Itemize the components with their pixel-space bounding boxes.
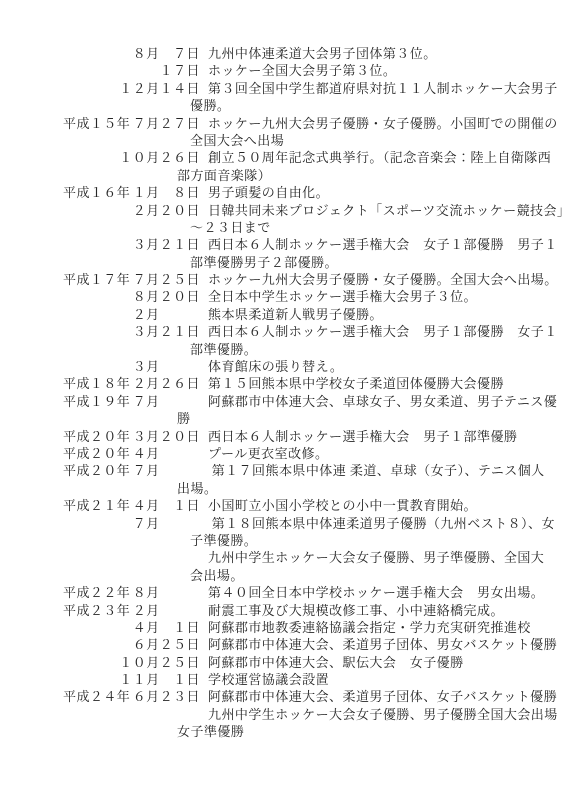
era-year-label: 平成２１年: [63, 497, 130, 514]
month-day-label: ７月２５日: [133, 271, 200, 288]
event-description: 阿蘇郡市中体連大会、卓球女子、男女柔道、男子テニス優: [200, 393, 565, 410]
month-day-label: ２月２０日: [133, 202, 200, 219]
event-description: 第１５回熊本県中学校女子柔道団体優勝大会優勝: [200, 375, 565, 392]
timeline-row: 平成１５年７月２７日ホッケー九州大会男子優勝・女子優勝。小国町での開催の: [0, 115, 565, 132]
era-date-cell: ８月 ７日: [63, 45, 200, 62]
event-description: 全日本中学生ホッケー選手権大会男子３位。: [200, 288, 565, 305]
month-day-label: ６月２３日: [133, 688, 200, 705]
era-date-cell: １１月 １日: [63, 671, 200, 688]
timeline-row: 平成２０年７月 第１７回熊本県中体連 柔道、卓球（女子）、テニス個人: [0, 462, 565, 479]
timeline-row: 平成１８年２月２６日第１５回熊本県中学校女子柔道団体優勝大会優勝: [0, 375, 565, 392]
era-date-cell: １７日: [63, 62, 200, 79]
wrapped-line-text: 女子準優勝: [177, 723, 244, 740]
era-date-cell: 平成２３年２月: [63, 602, 200, 619]
timeline-row: 平成２０年３月２０日西日本６人制ホッケー選手権大会 男子１部準優勝: [0, 428, 565, 445]
timeline-row: １０月２６日創立５０周年記念式典挙行。（記念音楽会：陸上自衛隊西: [0, 149, 565, 166]
timeline-row: ７月 第１８回熊本県中体連柔道男子優勝（九州ベスト８）、女: [0, 515, 565, 532]
era-date-cell: ２月: [63, 306, 200, 323]
month-day-label: ３月: [133, 358, 200, 375]
era-date-cell: ２月２０日: [63, 202, 200, 219]
month-day-label: ４月 １日: [133, 497, 200, 514]
month-day-label: ８月 ７日: [133, 45, 200, 62]
chronology-document: ８月 ７日九州中体連柔道大会男子団体第３位。１７日ホッケー全国大会男子第３位。１…: [0, 0, 565, 741]
event-description: 耐震工事及び大規模改修工事、小中連絡橋完成。: [200, 602, 565, 619]
event-description: 体育館床の張り替え。: [200, 358, 565, 375]
month-day-label: １２月１４日: [119, 80, 200, 97]
month-day-label: ７月: [133, 515, 200, 532]
event-description: 九州中学生ホッケー大会女子優勝、男子準優勝、全国大: [200, 549, 565, 566]
document-page: ８月 ７日九州中体連柔道大会男子団体第３位。１７日ホッケー全国大会男子第３位。１…: [0, 0, 565, 800]
month-day-label: ７月２７日: [133, 115, 200, 132]
timeline-row: 平成１６年１月 ８日男子頭髪の自由化。: [0, 184, 565, 201]
timeline-row: 平成１７年７月２５日ホッケー九州大会男子優勝・女子優勝。全国大会へ出場。: [0, 271, 565, 288]
event-description: プール更衣室改修。: [200, 445, 565, 462]
event-description: 阿蘇郡市地教委連絡協議会指定・学力充実研究推進校: [200, 619, 565, 636]
timeline-row: ３月２１日西日本６人制ホッケー選手権大会 女子１部優勝 男子１: [0, 236, 565, 253]
era-date-cell: ７月: [63, 515, 200, 532]
month-day-label: ７月: [133, 462, 200, 479]
timeline-row: 九州中学生ホッケー大会女子優勝、男子準優勝、全国大: [0, 549, 565, 566]
timeline-row: 子準優勝。: [0, 532, 565, 549]
era-date-cell: 平成２０年７月: [63, 462, 200, 479]
month-day-label: ２月: [133, 602, 200, 619]
timeline-row: ８月 ７日九州中体連柔道大会男子団体第３位。: [0, 45, 565, 62]
era-date-cell: 平成１７年７月２５日: [63, 271, 200, 288]
era-year-label: 平成１７年: [63, 271, 130, 288]
era-date-cell: ８月２０日: [63, 288, 200, 305]
timeline-row: 全国大会へ出場: [0, 132, 565, 149]
timeline-row: ２月２０日日韓共同未来プロジェクト「スポーツ交流ホッケー競技会」: [0, 202, 565, 219]
timeline-row: 平成２３年２月 耐震工事及び大規模改修工事、小中連絡橋完成。: [0, 602, 565, 619]
wrapped-line-text: 勝: [177, 410, 190, 427]
timeline-row: ３月 体育館床の張り替え。: [0, 358, 565, 375]
event-description: 阿蘇郡市中体連大会、駅伝大会 女子優勝: [200, 654, 565, 671]
era-date-cell: 平成２０年４月: [63, 445, 200, 462]
month-day-label: ２月２６日: [133, 375, 200, 392]
event-description: 阿蘇郡市中体連大会、柔道男子団体、男女バスケット優勝: [200, 636, 565, 653]
timeline-row: ４月 １日阿蘇郡市地教委連絡協議会指定・学力充実研究推進校: [0, 619, 565, 636]
era-date-cell: [63, 549, 200, 566]
event-description: 九州中学生ホッケー大会女子優勝、男子優勝全国大会出場: [200, 706, 565, 723]
timeline-row: 出場。: [0, 480, 565, 497]
timeline-row: 女子準優勝: [0, 723, 565, 740]
era-year-label: 平成１５年: [63, 115, 130, 132]
month-day-label: ３月２０日: [133, 428, 200, 445]
era-date-cell: ３月: [63, 358, 200, 375]
era-date-cell: 平成１６年１月 ８日: [63, 184, 200, 201]
era-year-label: 平成１６年: [63, 184, 130, 201]
wrapped-line-text: 部方面音楽隊）: [177, 167, 271, 184]
era-date-cell: 平成２２年８月: [63, 584, 200, 601]
event-description: 日韓共同未来プロジェクト「スポーツ交流ホッケー競技会」: [200, 202, 565, 219]
era-year-label: 平成１８年: [63, 375, 130, 392]
era-year-label: 平成２４年: [63, 688, 130, 705]
month-day-label: １７日: [160, 62, 200, 79]
event-description: 西日本６人制ホッケー選手権大会 男子１部優勝 女子１: [200, 323, 565, 340]
event-description: 阿蘇郡市中体連大会、柔道男子団体、女子バスケット優勝: [200, 688, 565, 705]
timeline-row: ～２３日まで: [0, 219, 565, 236]
timeline-row: 優勝。: [0, 97, 565, 114]
event-description: 熊本県柔道新人戦男子優勝。: [200, 306, 565, 323]
wrapped-line-text: 部準優勝男子２部優勝。: [190, 254, 338, 271]
timeline-row: ８月２０日全日本中学生ホッケー選手権大会男子３位。: [0, 288, 565, 305]
event-description: 九州中体連柔道大会男子団体第３位。: [200, 45, 565, 62]
era-date-cell: ６月２５日: [63, 636, 200, 653]
era-date-cell: ３月２１日: [63, 323, 200, 340]
era-date-cell: １０月２５日: [63, 654, 200, 671]
month-day-label: ４月: [133, 445, 200, 462]
event-description: ホッケー九州大会男子優勝・女子優勝。小国町での開催の: [200, 115, 565, 132]
wrapped-line-text: 出場。: [177, 480, 217, 497]
month-day-label: ６月２５日: [133, 636, 200, 653]
timeline-row: 平成２０年４月 プール更衣室改修。: [0, 445, 565, 462]
month-day-label: ４月 １日: [133, 619, 200, 636]
month-day-label: ８月: [133, 584, 200, 601]
era-year-label: 平成１９年: [63, 393, 130, 410]
era-date-cell: 平成１９年７月: [63, 393, 200, 410]
event-description: 小国町立小国小学校との小中一貫教育開始。: [200, 497, 565, 514]
event-description: 西日本６人制ホッケー選手権大会 女子１部優勝 男子１: [200, 236, 565, 253]
event-description: 学校運営協議会設置: [200, 671, 565, 688]
event-description: 第４０回全日本中学校ホッケー選手権大会 男女出場。: [200, 584, 565, 601]
era-date-cell: 平成１５年７月２７日: [63, 115, 200, 132]
event-description: 男子頭髪の自由化。: [200, 184, 565, 201]
timeline-row: 部準優勝男子２部優勝。: [0, 254, 565, 271]
timeline-row: 勝: [0, 410, 565, 427]
timeline-row: ６月２５日阿蘇郡市中体連大会、柔道男子団体、男女バスケット優勝: [0, 636, 565, 653]
era-date-cell: [63, 706, 200, 723]
event-description: 創立５０周年記念式典挙行。（記念音楽会：陸上自衛隊西: [200, 149, 565, 166]
era-date-cell: 平成２１年４月 １日: [63, 497, 200, 514]
timeline-row: 会出場。: [0, 567, 565, 584]
era-date-cell: 平成２４年６月２３日: [63, 688, 200, 705]
timeline-row: 平成２１年４月 １日小国町立小国小学校との小中一貫教育開始。: [0, 497, 565, 514]
timeline-row: 部方面音楽隊）: [0, 167, 565, 184]
era-year-label: 平成２２年: [63, 584, 130, 601]
wrapped-line-text: ～２３日まで: [190, 219, 271, 236]
timeline-row: ２月 熊本県柔道新人戦男子優勝。: [0, 306, 565, 323]
timeline-row: 平成２４年６月２３日阿蘇郡市中体連大会、柔道男子団体、女子バスケット優勝: [0, 688, 565, 705]
month-day-label: ３月２１日: [133, 323, 200, 340]
event-description: 西日本６人制ホッケー選手権大会 男子１部準優勝: [200, 428, 565, 445]
timeline-row: 部準優勝。: [0, 341, 565, 358]
wrapped-line-text: 優勝。: [190, 97, 230, 114]
era-date-cell: １０月２６日: [63, 149, 200, 166]
era-year-label: 平成２３年: [63, 602, 130, 619]
timeline-row: ３月２１日西日本６人制ホッケー選手権大会 男子１部優勝 女子１: [0, 323, 565, 340]
month-day-label: １１月 １日: [119, 671, 200, 688]
timeline-row: １７日ホッケー全国大会男子第３位。: [0, 62, 565, 79]
event-description: 第３回全国中学生都道府県対抗１１人制ホッケー大会男子: [200, 80, 565, 97]
era-year-label: 平成２０年: [63, 428, 130, 445]
era-year-label: 平成２０年: [63, 462, 130, 479]
month-day-label: １０月２５日: [119, 654, 200, 671]
timeline-row: 平成２２年８月 第４０回全日本中学校ホッケー選手権大会 男女出場。: [0, 584, 565, 601]
event-description: ホッケー九州大会男子優勝・女子優勝。全国大会へ出場。: [200, 271, 565, 288]
era-date-cell: １２月１４日: [63, 80, 200, 97]
month-day-label: ２月: [133, 306, 200, 323]
wrapped-line-text: 全国大会へ出場: [190, 132, 284, 149]
month-day-label: ８月２０日: [133, 288, 200, 305]
timeline-row: 平成１９年７月 阿蘇郡市中体連大会、卓球女子、男女柔道、男子テニス優: [0, 393, 565, 410]
wrapped-line-text: 部準優勝。: [190, 341, 257, 358]
timeline-row: 九州中学生ホッケー大会女子優勝、男子優勝全国大会出場: [0, 706, 565, 723]
event-description: 第１８回熊本県中体連柔道男子優勝（九州ベスト８）、女: [200, 515, 565, 532]
era-date-cell: 平成２０年３月２０日: [63, 428, 200, 445]
era-date-cell: ３月２１日: [63, 236, 200, 253]
month-day-label: ７月: [133, 393, 200, 410]
timeline-row: １０月２５日阿蘇郡市中体連大会、駅伝大会 女子優勝: [0, 654, 565, 671]
event-description: ホッケー全国大会男子第３位。: [200, 62, 565, 79]
month-day-label: １月 ８日: [133, 184, 200, 201]
wrapped-line-text: 子準優勝。: [190, 532, 257, 549]
era-date-cell: 平成１８年２月２６日: [63, 375, 200, 392]
month-day-label: ３月２１日: [133, 236, 200, 253]
era-year-label: 平成２０年: [63, 445, 130, 462]
timeline-row: １２月１４日第３回全国中学生都道府県対抗１１人制ホッケー大会男子: [0, 80, 565, 97]
wrapped-line-text: 会出場。: [190, 567, 244, 584]
event-description: 第１７回熊本県中体連 柔道、卓球（女子）、テニス個人: [200, 462, 565, 479]
era-date-cell: ４月 １日: [63, 619, 200, 636]
timeline-row: １１月 １日学校運営協議会設置: [0, 671, 565, 688]
month-day-label: １０月２６日: [119, 149, 200, 166]
